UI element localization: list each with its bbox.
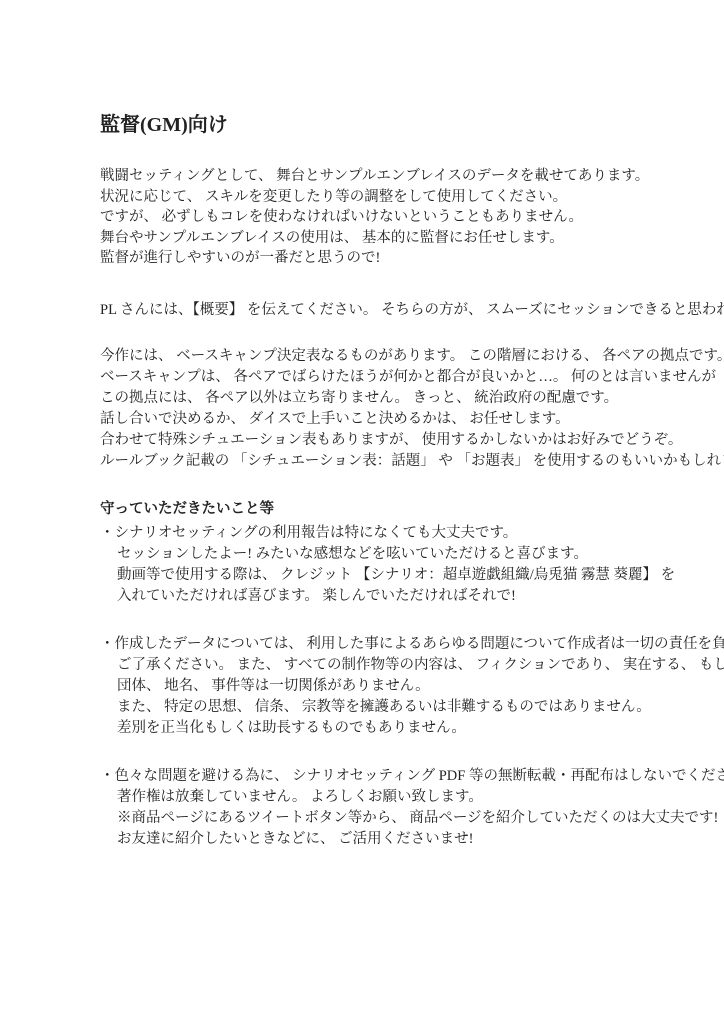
text-line: PL さんには、【概要】 を伝えてください。 そちらの方が、 スムーズにセッショ… xyxy=(100,300,694,321)
bullet-line: ・作成したデータについては、 利用した事によるあらゆる問題について作成者は一切の… xyxy=(100,634,694,655)
bullet-line: ・シナリオセッティングの利用報告は特になくても大丈夫です。 xyxy=(100,523,694,544)
bullet-line: 著作権は放棄していません。 よろしくお願い致します。 xyxy=(100,787,694,808)
bullet-line: また、 特定の思想、 信条、 宗教等を擁護あるいは非難するものではありません。 xyxy=(100,697,694,718)
text-line: 舞台やサンプルエンブレイスの使用は、 基本的に監督にお任せします。 xyxy=(100,228,694,249)
bullet-line: セッションしたよー! みたいな感想などを呟いていただけると喜びます。 xyxy=(100,544,694,565)
bullet-line: 動画等で使用する際は、 クレジット 【シナリオ：超卓遊戯組織/烏兎猫 霧慧 葵麗… xyxy=(100,565,694,586)
text-line: ルールブック記載の 「シチュエーション表：話題」 や 「お題表」 を使用するのも… xyxy=(100,451,694,472)
text-line: 戦闘セッティングとして、 舞台とサンプルエンブレイスのデータを載せてあります。 xyxy=(100,166,694,187)
text-line: 今作には、 ベースキャンプ決定表なるものがあります。 この階層における、 各ペア… xyxy=(100,346,694,367)
text-line: 状況に応じて、 スキルを変更したり等の調整をして使用してください。 xyxy=(100,187,694,208)
page-title: 監督(GM)向け xyxy=(100,112,694,138)
note-item-redistribution: ・色々な問題を避ける為に、 シナリオセッティング PDF 等の無断転載・再配布は… xyxy=(100,766,694,850)
text-line: ですが、 必ずしもコレを使わなければいけないということもありません。 xyxy=(100,207,694,228)
text-line: ベースキャンプは、 各ペアでばらけたほうが何かと都合が良いかと…。 何のとは言い… xyxy=(100,367,694,388)
bullet-line: ※商品ページにあるツイートボタン等から、 商品ページを紹介していただくのは大丈夫… xyxy=(100,808,694,829)
text-line: 監督が進行しやすいのが一番だと思うので! xyxy=(100,248,694,269)
paragraph-intro: 戦闘セッティングとして、 舞台とサンプルエンブレイスのデータを載せてあります。 … xyxy=(100,166,694,269)
bullet-line: 入れていただければ喜びます。 楽しんでいただければそれで! xyxy=(100,586,694,607)
paragraph-basecamp: 今作には、 ベースキャンプ決定表なるものがあります。 この階層における、 各ペア… xyxy=(100,346,694,472)
bullet-line: 団体、 地名、 事件等は一切関係がありません。 xyxy=(100,676,694,697)
paragraph-pl-advice: PL さんには、【概要】 を伝えてください。 そちらの方が、 スムーズにセッショ… xyxy=(100,300,694,321)
text-line: 合わせて特殊シチュエーション表もありますが、 使用するかしないかはお好みでどうぞ… xyxy=(100,430,694,451)
note-item-usage-report: ・シナリオセッティングの利用報告は特になくても大丈夫です。 セッションしたよー!… xyxy=(100,523,694,607)
text-line: 話し合いで決めるか、 ダイスで上手いこと決めるかは、 お任せします。 xyxy=(100,409,694,430)
text-line: この拠点には、 各ペア以外は立ち寄りません。 きっと、 統治政府の配慮です。 xyxy=(100,388,694,409)
bullet-line: ・色々な問題を避ける為に、 シナリオセッティング PDF 等の無断転載・再配布は… xyxy=(100,766,694,787)
bullet-line: お友達に紹介したいときなどに、 ご活用くださいませ! xyxy=(100,829,694,850)
document-page: 監督(GM)向け 戦闘セッティングとして、 舞台とサンプルエンブレイスのデータを… xyxy=(0,0,724,1024)
note-item-disclaimer: ・作成したデータについては、 利用した事によるあらゆる問題について作成者は一切の… xyxy=(100,634,694,739)
notes-section-heading: 守っていただきたいこと等 xyxy=(100,499,694,520)
bullet-line: ご了承ください。 また、 すべての制作物等の内容は、 フィクションであり、 実在… xyxy=(100,655,694,676)
bullet-line: 差別を正当化もしくは助長するものでもありません。 xyxy=(100,718,694,739)
